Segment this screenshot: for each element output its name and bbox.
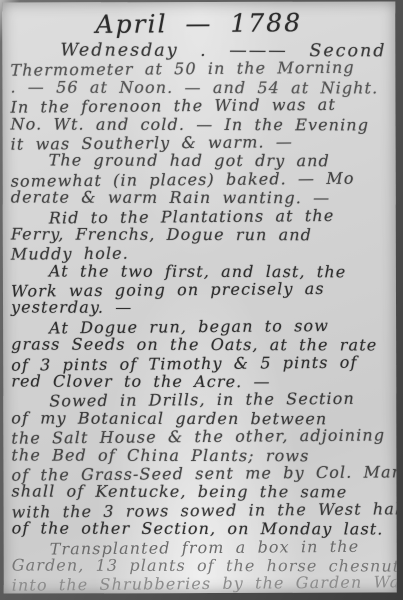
manuscript-line: No. Wt. and cold. — In the Evening [11,115,396,134]
scanned-page: April — 1788 Wednesday . ——— Second Ther… [0,0,403,600]
manuscript-line: yesterday. — [11,299,396,318]
manuscript-line: At the two first, and last, the [49,262,396,281]
manuscript-line: into the Shrubberies by the Garden Walls [12,574,397,594]
page-title: April — 1788 [2,6,395,43]
manuscript-line: . — 56 at Noon. — and 54 at Night. [10,78,395,97]
manuscript-paper: April — 1788 Wednesday . ——— Second Ther… [2,1,397,593]
manuscript-line: derate & warm Rain wanting. — [11,189,396,208]
